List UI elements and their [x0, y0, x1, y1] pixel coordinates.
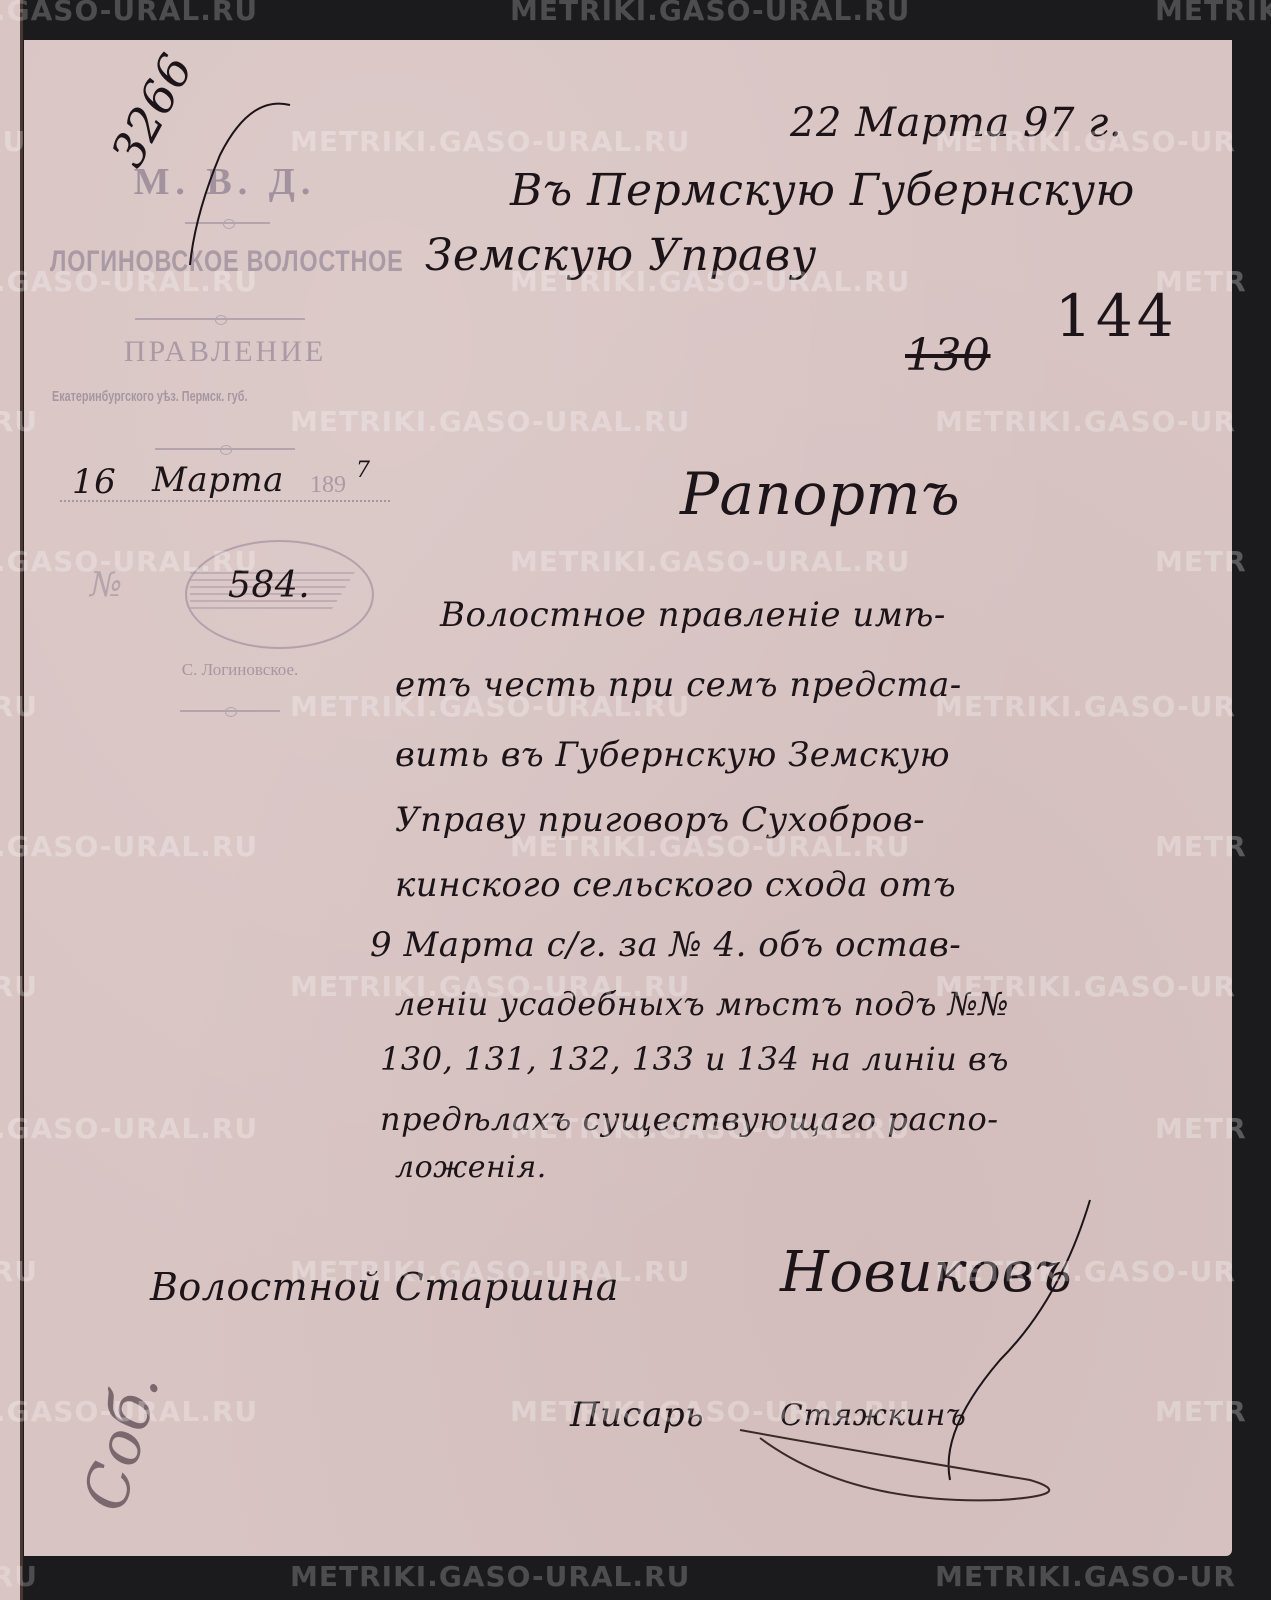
signature-name-clerk: Стяжкинъ	[780, 1398, 966, 1433]
body-line-6: 9 Марта с/г. за № 4. объ остав-	[370, 925, 961, 965]
body-line-5: кинского сельского схода отъ	[395, 865, 956, 905]
body-line-10: ложенія.	[395, 1150, 547, 1185]
registry-number: 144	[1055, 282, 1178, 350]
body-line-8: 130, 131, 132, 133 и 134 на линіи въ	[380, 1040, 1009, 1078]
date-year-printed: 189	[310, 472, 346, 499]
watermark-text: METRIKI.GASO-UR	[935, 1560, 1236, 1593]
letterhead-ornament	[135, 318, 305, 320]
addressee-line-2: Земскую Управу	[425, 230, 817, 281]
body-line-9: предѣлахъ существующаго распо-	[380, 1100, 999, 1138]
watermark-text: METRIKI.GASO-UR	[1155, 0, 1271, 27]
date-month: Марта	[152, 460, 284, 500]
letterhead-ornament	[185, 222, 270, 224]
signature-role-clerk: Писарь	[570, 1395, 704, 1435]
received-date-note: 22 Марта 97 г.	[790, 100, 1122, 146]
letterhead-ornament	[180, 710, 280, 712]
letterhead-place: С. Логиновское.	[130, 660, 350, 680]
letterhead-board: ПРАВЛЕНИЕ	[110, 335, 340, 369]
addressee-line-1: Въ Пермскую Губернскую	[510, 165, 1135, 216]
body-line-7: леніи усадебныхъ мѣстъ подъ №№	[395, 985, 1009, 1023]
signature-name-elder: Новиковъ	[780, 1240, 1072, 1305]
adjacent-page-strip	[0, 0, 22, 1600]
body-line-2: етъ честь при семъ предста-	[395, 665, 962, 705]
document-title: Рапортъ	[680, 460, 960, 528]
body-line-3: вить въ Губернскую Земскую	[395, 735, 950, 775]
letterhead-ornament	[155, 448, 295, 450]
watermark-text: METRIKI.GASO-URAL.RU	[510, 0, 910, 27]
body-line-4: Управу приговоръ Сухобров-	[395, 800, 925, 840]
outgoing-number: 584.	[228, 565, 310, 606]
date-year-handwritten: 7	[356, 458, 371, 483]
page-edge	[20, 0, 23, 1600]
date-day: 16	[72, 462, 116, 502]
registry-number-crossed: 130	[905, 330, 990, 381]
signature-role-elder: Волостной Старшина	[150, 1265, 619, 1309]
letterhead-volost: ЛОГИНОВСКОЕ ВОЛОСТНОЕ	[50, 245, 319, 279]
watermark-text: .GASO-URAL.RU	[0, 0, 258, 27]
number-prefix: №	[90, 565, 122, 605]
letterhead-district: Екатеринбургского уѣз. Пермск. губ.	[52, 388, 412, 405]
watermark-text: METRIKI.GASO-URAL.RU	[290, 1560, 690, 1593]
body-line-1: Волостное правленіе имѣ-	[440, 595, 946, 635]
